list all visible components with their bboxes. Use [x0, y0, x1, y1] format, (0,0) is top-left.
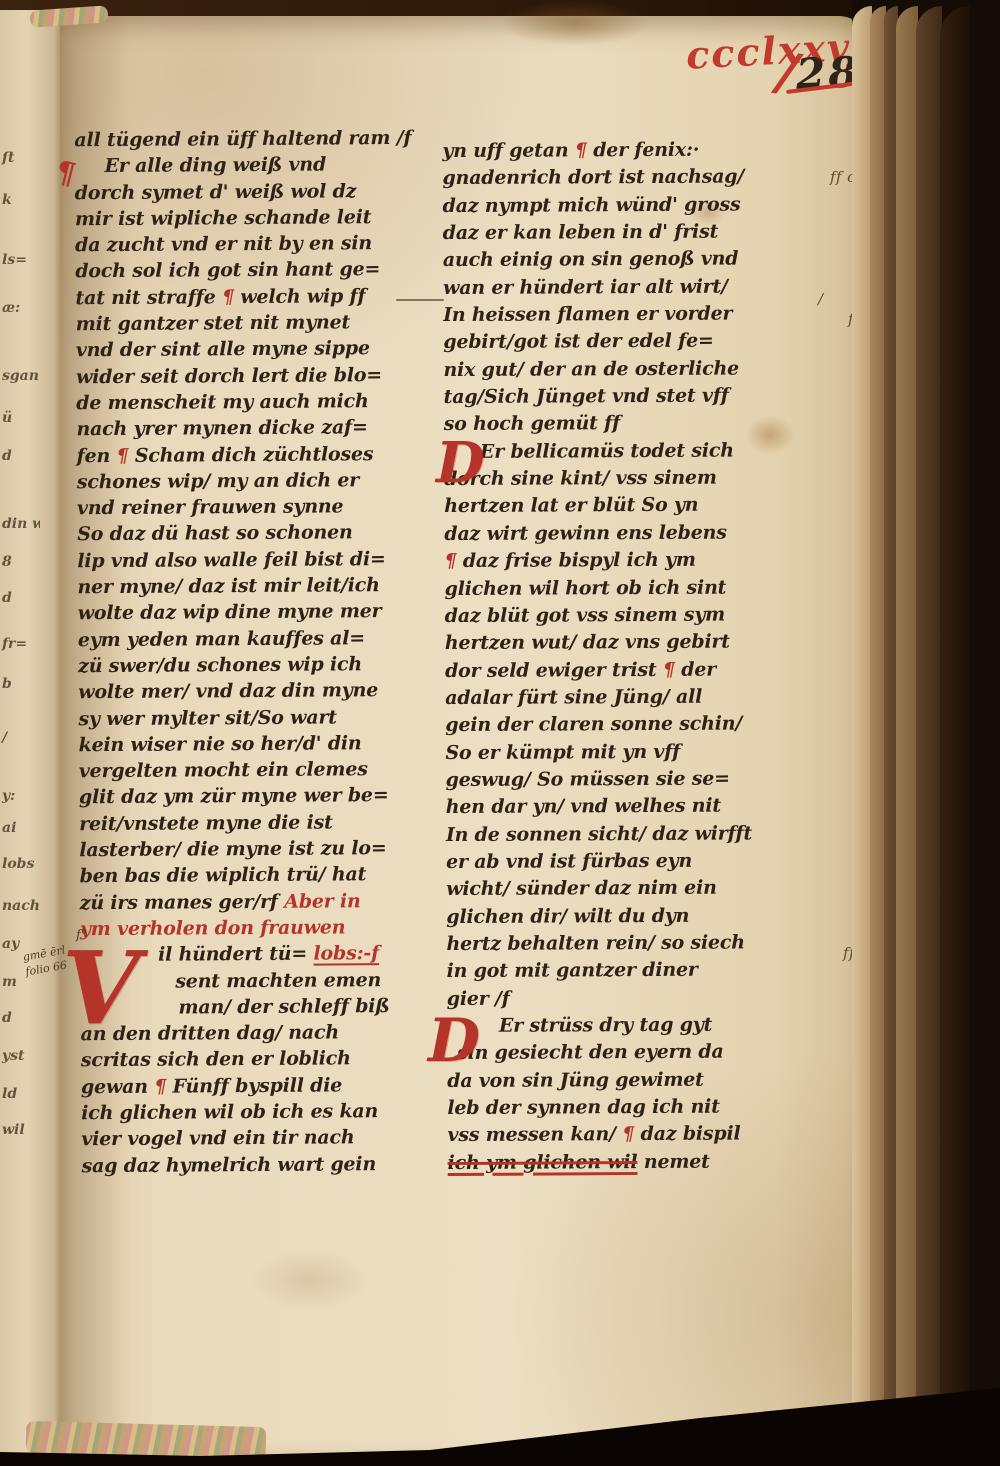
manuscript-line: ¶ daz frise bispyl ich ym: [444, 550, 844, 579]
manuscript-line: all tügend ein üff haltend ram /f: [74, 129, 426, 158]
manuscript-line: glit daz ym zür myne wer be=: [79, 786, 431, 815]
edge-text-fragment: wil: [2, 1122, 25, 1138]
margin-note: /: [818, 290, 823, 308]
text-run: adalar fürt sine Jüng/ all: [445, 686, 702, 709]
text-run: geswug/ So müssen sie se=: [446, 767, 730, 790]
page-edge-stripe: [940, 6, 970, 1436]
text-run: ich glichen wil ob ich es kan: [81, 1100, 378, 1124]
page-edge-stripe: [916, 6, 942, 1436]
manuscript-line: mit gantzer stet nit mynet: [76, 313, 428, 342]
manuscript-line: Er strüss dry tag gyt: [447, 1015, 847, 1044]
lombard-initial: D: [436, 440, 485, 488]
text-run: gnadenrich dort ist nachsag/: [442, 166, 744, 190]
text-run: schones wip/ my an dich er: [77, 469, 359, 493]
edge-text-fragment: d: [2, 590, 12, 606]
manuscript-line: mir ist wipliche schande leit: [75, 208, 427, 237]
text-run: daz nympt mich wünd' gross: [443, 193, 741, 217]
manuscript-line: dor seld ewiger trist ¶ der: [445, 659, 845, 688]
manuscript-line: gein der claren sonne schin/: [445, 714, 845, 743]
edge-text-fragment: /: [2, 730, 7, 746]
manuscript-line: ich glichen wil ob ich es kan: [81, 1102, 433, 1131]
text-run: mir ist wipliche schande leit: [75, 206, 371, 230]
edge-text-fragment: ay: [2, 936, 19, 952]
manuscript-line: gnadenrich dort ist nachsag/: [442, 167, 842, 196]
text-run: Er alle ding weiß vnd: [105, 154, 327, 178]
manuscript-line: vier vogel vnd ein tir nach: [81, 1128, 433, 1157]
text-run: wicht/ sünder daz nim ein: [446, 877, 717, 900]
pen-stroke-mark: [396, 299, 444, 301]
text-run: nach yrer mynen dicke zaf=: [76, 416, 367, 440]
manuscript-line: gewan ¶ Fünff byspill die: [81, 1075, 433, 1104]
text-run: sin gesiecht den eyern da: [457, 1041, 724, 1064]
manuscript-line: er ab vnd ist fürbas eyn: [446, 851, 846, 880]
manuscript-line: hertzen lat er blüt So yn: [444, 495, 844, 524]
text-run: vnd reiner frauwen synne: [77, 496, 344, 520]
edge-text-fragment: fr=: [2, 636, 27, 652]
text-run: glichen dir/ wilt du dyn: [446, 904, 689, 927]
text-run: sy wer mylter sit/So wart: [78, 706, 337, 730]
text-run: welch wip ff: [240, 285, 365, 308]
manuscript-line: leb der synnen dag ich nit: [447, 1097, 847, 1126]
manuscript-line: in got mit gantzer diner: [447, 960, 847, 989]
text-run: sag daz hymelrich wart gein: [81, 1153, 376, 1177]
manuscript-line: dorch symet d' weiß wol dz: [75, 181, 427, 210]
manuscript-line: tag/Sich Jünget vnd stet vff: [444, 386, 844, 415]
text-run: lip vnd also walle feil bist di=: [77, 548, 385, 572]
text-run: zü irs manes ger/rf: [80, 890, 285, 913]
text-run: hen dar yn/ vnd welhes nit: [446, 795, 721, 818]
page-edge-stripe: [896, 6, 918, 1436]
edge-text-fragment: d: [2, 448, 12, 464]
manuscript-line: ben bas die wiplich trü/ hat: [79, 865, 431, 894]
text-run: gein der claren sonne schin/: [445, 713, 742, 737]
text-run: glit daz ym zür myne wer be=: [79, 784, 389, 808]
text-run: dor seld ewiger trist: [445, 658, 663, 681]
text-run: Scham dich züchtloses: [135, 443, 374, 467]
manuscript-line: hen dar yn/ vnd welhes nit: [446, 796, 846, 825]
edge-text-fragment: ls=: [2, 252, 27, 268]
text-run: all tügend ein üff haltend ram /f: [74, 127, 411, 151]
text-run: So er kümpt mit yn vff: [445, 740, 680, 763]
manuscript-line: eym yeden man kauffes al=: [78, 628, 430, 657]
manuscript-line: gier /f: [447, 988, 847, 1017]
text-run: reit/vnstete myne die ist: [79, 811, 333, 835]
edge-text-fragment: sgan: [2, 368, 39, 384]
manuscript-line: fen ¶ Scham dich züchtloses: [77, 444, 429, 473]
text-run: In de sonnen sicht/ daz wirfft: [446, 822, 752, 846]
edge-text-fragment: nach: [2, 898, 40, 914]
manuscript-line: In heissen flamen er vorder: [443, 304, 843, 333]
text-run: daz er kan leben in d' frist: [443, 221, 718, 244]
text-run: gewan: [81, 1075, 154, 1098]
text-run: vss messen kan/: [447, 1124, 622, 1147]
manuscript-line: vss messen kan/ ¶ daz bispil: [447, 1124, 847, 1153]
manuscript-line: adalar fürt sine Jüng/ all: [445, 687, 845, 716]
text-run: glichen wil hort ob ich sint: [445, 576, 727, 599]
text-run: ¶: [663, 658, 681, 680]
text-run: de menscheit my auch mich: [76, 390, 369, 414]
manuscript-line: wicht/ sünder daz nim ein: [446, 878, 846, 907]
manuscript-line: daz blüt got vss sinem sym: [445, 605, 845, 634]
text-run: tag/Sich Jünget vnd stet vff: [444, 385, 729, 408]
text-run: ¶: [622, 1123, 640, 1145]
manuscript-line: doch sol ich got sin hant ge=: [75, 260, 427, 289]
text-run: da von sin Jüng gewimet: [447, 1068, 704, 1091]
text-run: vier vogel vnd ein tir nach: [81, 1127, 354, 1151]
text-run: da zucht vnd er nit by en sin: [75, 232, 372, 256]
manuscript-line: glichen wil hort ob ich sint: [445, 577, 845, 606]
text-run: daz bispil: [641, 1123, 741, 1146]
manuscript-line: In de sonnen sicht/ daz wirfft: [446, 824, 846, 853]
text-run: nemet: [637, 1150, 709, 1172]
text-run: fen: [77, 445, 117, 467]
text-run: yn uff getan: [442, 139, 575, 162]
manuscript-line: yn uff getan ¶ der fenix:·: [442, 140, 842, 169]
manuscript-line: nach yrer mynen dicke zaf=: [76, 418, 428, 447]
text-run: So daz dü hast so schonen: [77, 522, 353, 546]
edge-text-fragment: 8: [2, 554, 12, 570]
text-run: daz wirt gewinn ens lebens: [444, 521, 726, 544]
manuscript-line: hertzen wut/ daz vns gebirt: [445, 632, 845, 661]
text-run: gebirt/got ist der edel fe=: [443, 330, 713, 353]
text-run: In heissen flamen er vorder: [443, 303, 732, 327]
text-run: Er strüss dry tag gyt: [499, 1014, 712, 1037]
text-run: wan er hündert iar alt wirt/: [443, 275, 728, 298]
edge-text-fragment: ai: [2, 820, 16, 836]
manuscript-line: sy wer mylter sit/So wart: [78, 707, 430, 736]
text-run: daz frise bispyl ich ym: [463, 549, 696, 572]
manuscript-line: wolte daz wip dine myne mer: [78, 602, 430, 631]
text-run: hertz behalten rein/ so siech: [446, 931, 744, 955]
text-run: ich ym glichen wil: [448, 1151, 638, 1174]
manuscript-line: wider seit dorch lert die blo=: [76, 365, 428, 394]
manuscript-line: kein wiser nie so her/d' din: [79, 734, 431, 763]
manuscript-line: de menscheit my auch mich: [76, 392, 428, 421]
text-run: lasterber/ die myne ist zu lo=: [79, 837, 386, 861]
text-run: wolte daz wip dine myne mer: [78, 600, 382, 624]
manuscript-line: daz nympt mich wünd' gross: [443, 195, 843, 224]
fore-edge-page-stack: [852, 0, 1000, 1466]
text-run: hertzen lat er blüt So yn: [444, 494, 698, 517]
text-run: dorch symet d' weiß wol dz: [75, 180, 357, 204]
manuscript-line: nix gut/ der an de osterliche: [443, 359, 843, 388]
edge-text-fragment: b: [2, 676, 12, 692]
text-run: vergelten mocht ein clemes: [79, 758, 368, 782]
text-run: kein wiser nie so her/d' din: [79, 732, 362, 756]
text-run: zü swer/du schones wip ich: [78, 653, 362, 677]
manuscript-line: sag daz hymelrich wart gein: [81, 1154, 433, 1183]
manuscript-line: dorch sine kint/ vss sinem: [444, 468, 844, 497]
text-run: auch einig on sin genoß vnd: [443, 248, 739, 272]
edge-text-fragment: d: [2, 1010, 12, 1026]
text-run: scritas sich den er loblich: [81, 1048, 351, 1072]
manuscript-line: da von sin Jüng gewimet: [447, 1070, 847, 1099]
text-run: ¶: [444, 550, 462, 572]
text-run: eym yeden man kauffes al=: [78, 627, 365, 651]
manuscript-line: zü irs manes ger/rf Aber in: [80, 891, 432, 920]
edge-text-fragment: æ:: [2, 300, 20, 316]
gloss-reference-mark: f°: [76, 928, 87, 943]
previous-page-text-fragments: ﬅkls=æ:sganüddin wiſ8dfr=b/y:ailobsnacha…: [0, 0, 40, 1466]
manuscript-line: Er bellicamüs todet sich: [444, 441, 844, 470]
text-run: ¶: [116, 444, 134, 466]
text-run: man/ der schleff biß: [178, 995, 389, 1018]
text-column-right: yn uff getan ¶ der fenix:·gnadenrich dor…: [442, 140, 847, 1181]
text-run: wider seit dorch lert die blo=: [76, 364, 382, 388]
text-run: tat nit straffe: [75, 286, 222, 309]
text-run: ner myne/ daz ist mir leit/ich: [77, 574, 379, 598]
manuscript-line: schones wip/ my an dich er: [77, 471, 429, 500]
manuscript-line: lasterber/ die myne ist zu lo=: [79, 839, 431, 868]
edge-text-fragment: ü: [2, 410, 12, 426]
manuscript-line: Er alle ding weiß vnd: [75, 155, 427, 184]
text-run: vnd der sint alle myne sippe: [76, 338, 370, 362]
manuscript-line: vnd reiner frauwen synne: [77, 497, 429, 526]
edge-text-fragment: yst: [2, 1048, 24, 1064]
text-run: Er bellicamüs todet sich: [480, 439, 734, 462]
text-run: mit gantzer stet nit mynet: [76, 311, 351, 335]
manuscript-line: wolte mer/ vnd daz din myne: [78, 681, 430, 710]
manuscript-line: wan er hündert iar alt wirt/: [443, 277, 843, 306]
manuscript-line: daz er kan leben in d' frist: [443, 222, 843, 251]
manuscript-line: hertz behalten rein/ so siech: [446, 933, 846, 962]
manuscript-line: glichen dir/ wilt du dyn: [446, 906, 846, 935]
edge-text-fragment: ld: [2, 1086, 17, 1102]
text-run: ¶: [222, 286, 240, 308]
page-edge-stripe: [852, 6, 872, 1436]
text-run: il hündert tü=: [158, 943, 314, 966]
edge-text-fragment: k: [2, 192, 12, 208]
text-run: doch sol ich got sin hant ge=: [75, 259, 380, 283]
manuscript-line: geswug/ So müssen sie se=: [446, 769, 846, 798]
text-run: der fenix:·: [593, 139, 699, 162]
text-run: er ab vnd ist fürbas eyn: [446, 850, 692, 873]
text-run: ¶: [575, 139, 593, 161]
manuscript-line: sin gesiecht den eyern da: [447, 1042, 847, 1071]
edge-text-fragment: lobs: [2, 856, 34, 872]
manuscript-line: auch einig on sin genoß vnd: [443, 249, 843, 278]
text-run: wolte mer/ vnd daz din myne: [78, 679, 378, 703]
edge-text-fragment: m: [2, 974, 17, 990]
text-run: der: [681, 658, 716, 680]
text-run: in got mit gantzer diner: [447, 959, 698, 982]
text-run: Fünff byspill die: [173, 1074, 343, 1097]
edge-text-fragment: din wiſ: [2, 516, 40, 532]
text-run: leb der synnen dag ich nit: [447, 1096, 720, 1119]
text-run: ¶: [154, 1075, 172, 1097]
manuscript-line: So er kümpt mit yn vff: [445, 742, 845, 771]
text-run: hertzen wut/ daz vns gebirt: [445, 631, 730, 654]
manuscript-line: daz wirt gewinn ens lebens: [444, 523, 844, 552]
edge-text-fragment: ﬅ: [2, 150, 14, 166]
lombard-initial: V: [62, 946, 140, 1031]
manuscript-line: gebirt/got ist der edel fe=: [443, 331, 843, 360]
text-run: lobs:-f: [313, 942, 379, 964]
manuscript-line: ich ym glichen wil nemet: [448, 1152, 848, 1181]
manuscript-photo: ﬅkls=æ:sganüddin wiſ8dfr=b/y:ailobsnacha…: [0, 0, 1000, 1466]
manuscript-line: so hoch gemüt ff: [444, 413, 844, 442]
edge-text-fragment: y:: [2, 788, 15, 804]
text-run: nix gut/ der an de osterliche: [443, 357, 739, 381]
lombard-initial: D: [428, 1016, 480, 1067]
manuscript-line: tat nit straffe ¶ welch wip ff: [75, 287, 427, 316]
manuscript-line: scritas sich den er loblich: [81, 1049, 433, 1078]
text-run: ben bas die wiplich trü/ hat: [79, 864, 366, 888]
text-run: sent machten emen: [175, 969, 381, 992]
text-run: Aber in: [284, 890, 361, 913]
text-run: daz blüt got vss sinem sym: [445, 603, 725, 626]
